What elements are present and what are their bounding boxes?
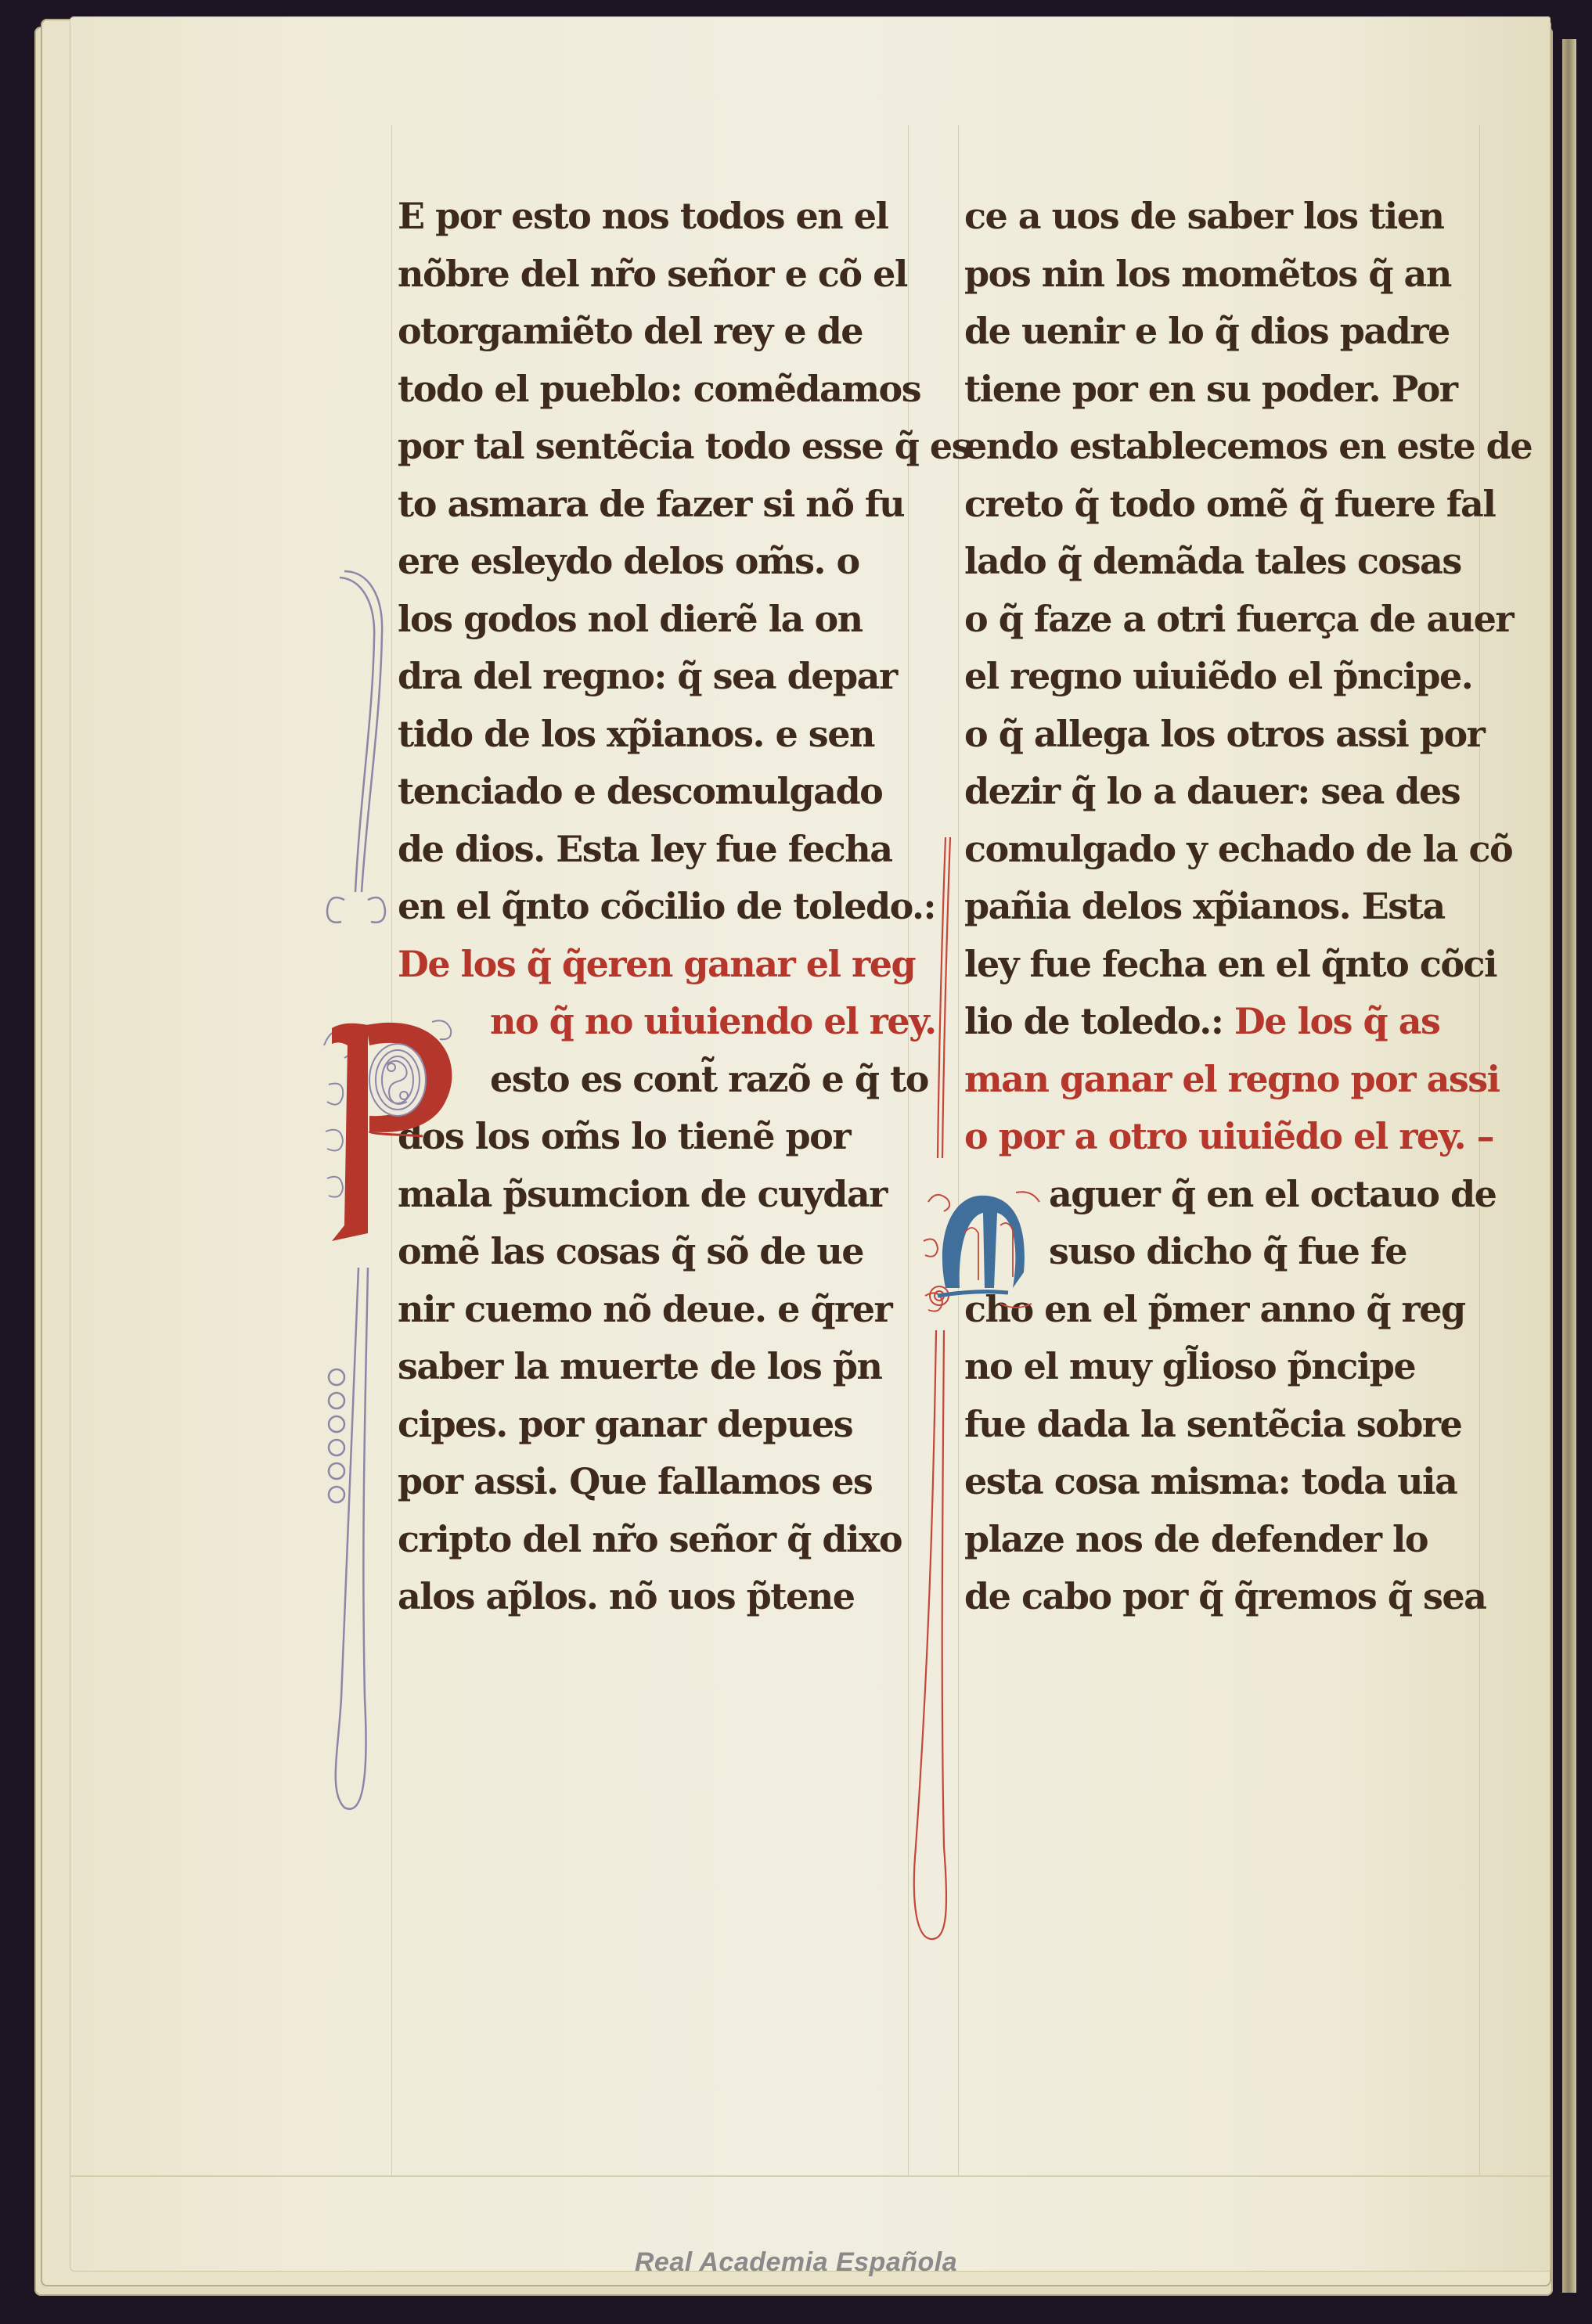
text-line: nõbre del nr̃o señor e cõ el: [398, 246, 899, 304]
text-line: pos nin los momẽtos q̃ an: [964, 246, 1473, 304]
red-filigree-flourish: [900, 829, 971, 1948]
right-column: ce a uos de saber los tien pos nin los m…: [964, 188, 1473, 1626]
rubric-heading-line: man ganar el regno por assi: [964, 1051, 1473, 1109]
text-line: todo el pueblo: comẽdamos: [398, 361, 899, 419]
text-line: alos ap̃los. nõ uos p̃tene: [398, 1568, 899, 1626]
text-line: tiene por en su poder. Por: [964, 361, 1473, 419]
text-line: mala p̃sumcion de cuydar: [398, 1166, 899, 1224]
text-line: en el q̃nto cõcilio de toledo.:: [398, 878, 899, 936]
text-line: tenciado e descomulgado: [398, 763, 899, 821]
text-line: o q̃ faze a otri fuerça de auer: [964, 591, 1473, 649]
rubric-heading-line: o por a otro uiuiẽdo el rey. –: [964, 1108, 1473, 1166]
text-line: lado q̃ demãda tales cosas: [964, 533, 1473, 591]
rubric-heading-line: no q̃ no uiuiendo el rey.: [398, 993, 899, 1051]
text-line: E por esto nos todos en el: [398, 188, 899, 246]
text-line: esto es cont̃ razõ e q̃ to: [398, 1051, 899, 1109]
left-column: E por esto nos todos en el nõbre del nr̃…: [398, 188, 899, 1626]
text-line: por tal sentẽcia todo esse q̃ es: [398, 418, 899, 476]
text-segment: lio de toledo.:: [964, 1000, 1234, 1042]
text-line: to asmara de fazer si nõ fu: [398, 476, 899, 534]
text-line: ce a uos de saber los tien: [964, 188, 1473, 246]
text-line: otorgamiẽto del rey e de: [398, 303, 899, 361]
text-line: dra del regno: q̃ sea depar: [398, 648, 899, 706]
spine-edge: [1562, 39, 1576, 2293]
mixed-line: lio de toledo.: De los q̃ as: [964, 993, 1473, 1051]
text-line: creto q̃ todo omẽ q̃ fuere fal: [964, 476, 1473, 534]
initial-p-red: [321, 1014, 459, 1246]
text-line: comulgado y echado de la cõ: [964, 821, 1473, 879]
text-line: los godos nol dierẽ la on: [398, 591, 899, 649]
text-line: nir cuemo nõ deue. e q̃rer: [398, 1281, 899, 1339]
text-line: por assi. Que fallamos es: [398, 1453, 899, 1511]
text-line: o q̃ allega los otros assi por: [964, 706, 1473, 764]
initial-m-blue: [922, 1186, 1047, 1319]
text-line: endo establecemos en este de: [964, 418, 1473, 476]
text-line: esta cosa misma: toda uia: [964, 1453, 1473, 1511]
text-line: omẽ las cosas q̃ sõ de ue: [398, 1223, 899, 1281]
text-line: cipes. por ganar depues: [398, 1396, 899, 1454]
text-line: ley fue fecha en el q̃nto cõci: [964, 936, 1473, 994]
text-line: de cabo por q̃ q̃remos q̃ sea: [964, 1568, 1473, 1626]
rubric-heading-line: De los q̃ q̃eren ganar el reg: [398, 936, 899, 994]
text-line: de dios. Esta ley fue fecha: [398, 821, 899, 879]
text-line: saber la muerte de los p̃n: [398, 1338, 899, 1396]
text-line: pañia delos xp̃ianos. Esta: [964, 878, 1473, 936]
text-line: dezir q̃ lo a dauer: sea des: [964, 763, 1473, 821]
rubric-heading-segment: De los q̃ as: [1234, 1000, 1440, 1042]
text-line: plaze nos de defender lo: [964, 1511, 1473, 1569]
watermark: Real Academia Española: [0, 2247, 1592, 2278]
text-line: dos los om̃s lo tienẽ por: [398, 1108, 899, 1166]
text-line: el regno uiuiẽdo el p̃ncipe.: [964, 648, 1473, 706]
text-line: fue dada la sentẽcia sobre: [964, 1396, 1473, 1454]
text-line: no el muy gl̃ioso p̃ncipe: [964, 1338, 1473, 1396]
text-line: ere esleydo delos om̃s. o: [398, 533, 899, 591]
text-line: cripto del nr̃o señor q̃ dixo: [398, 1511, 899, 1569]
text-line: de uenir e lo q̃ dios padre: [964, 303, 1473, 361]
text-line: tido de los xp̃ianos. e sen: [398, 706, 899, 764]
